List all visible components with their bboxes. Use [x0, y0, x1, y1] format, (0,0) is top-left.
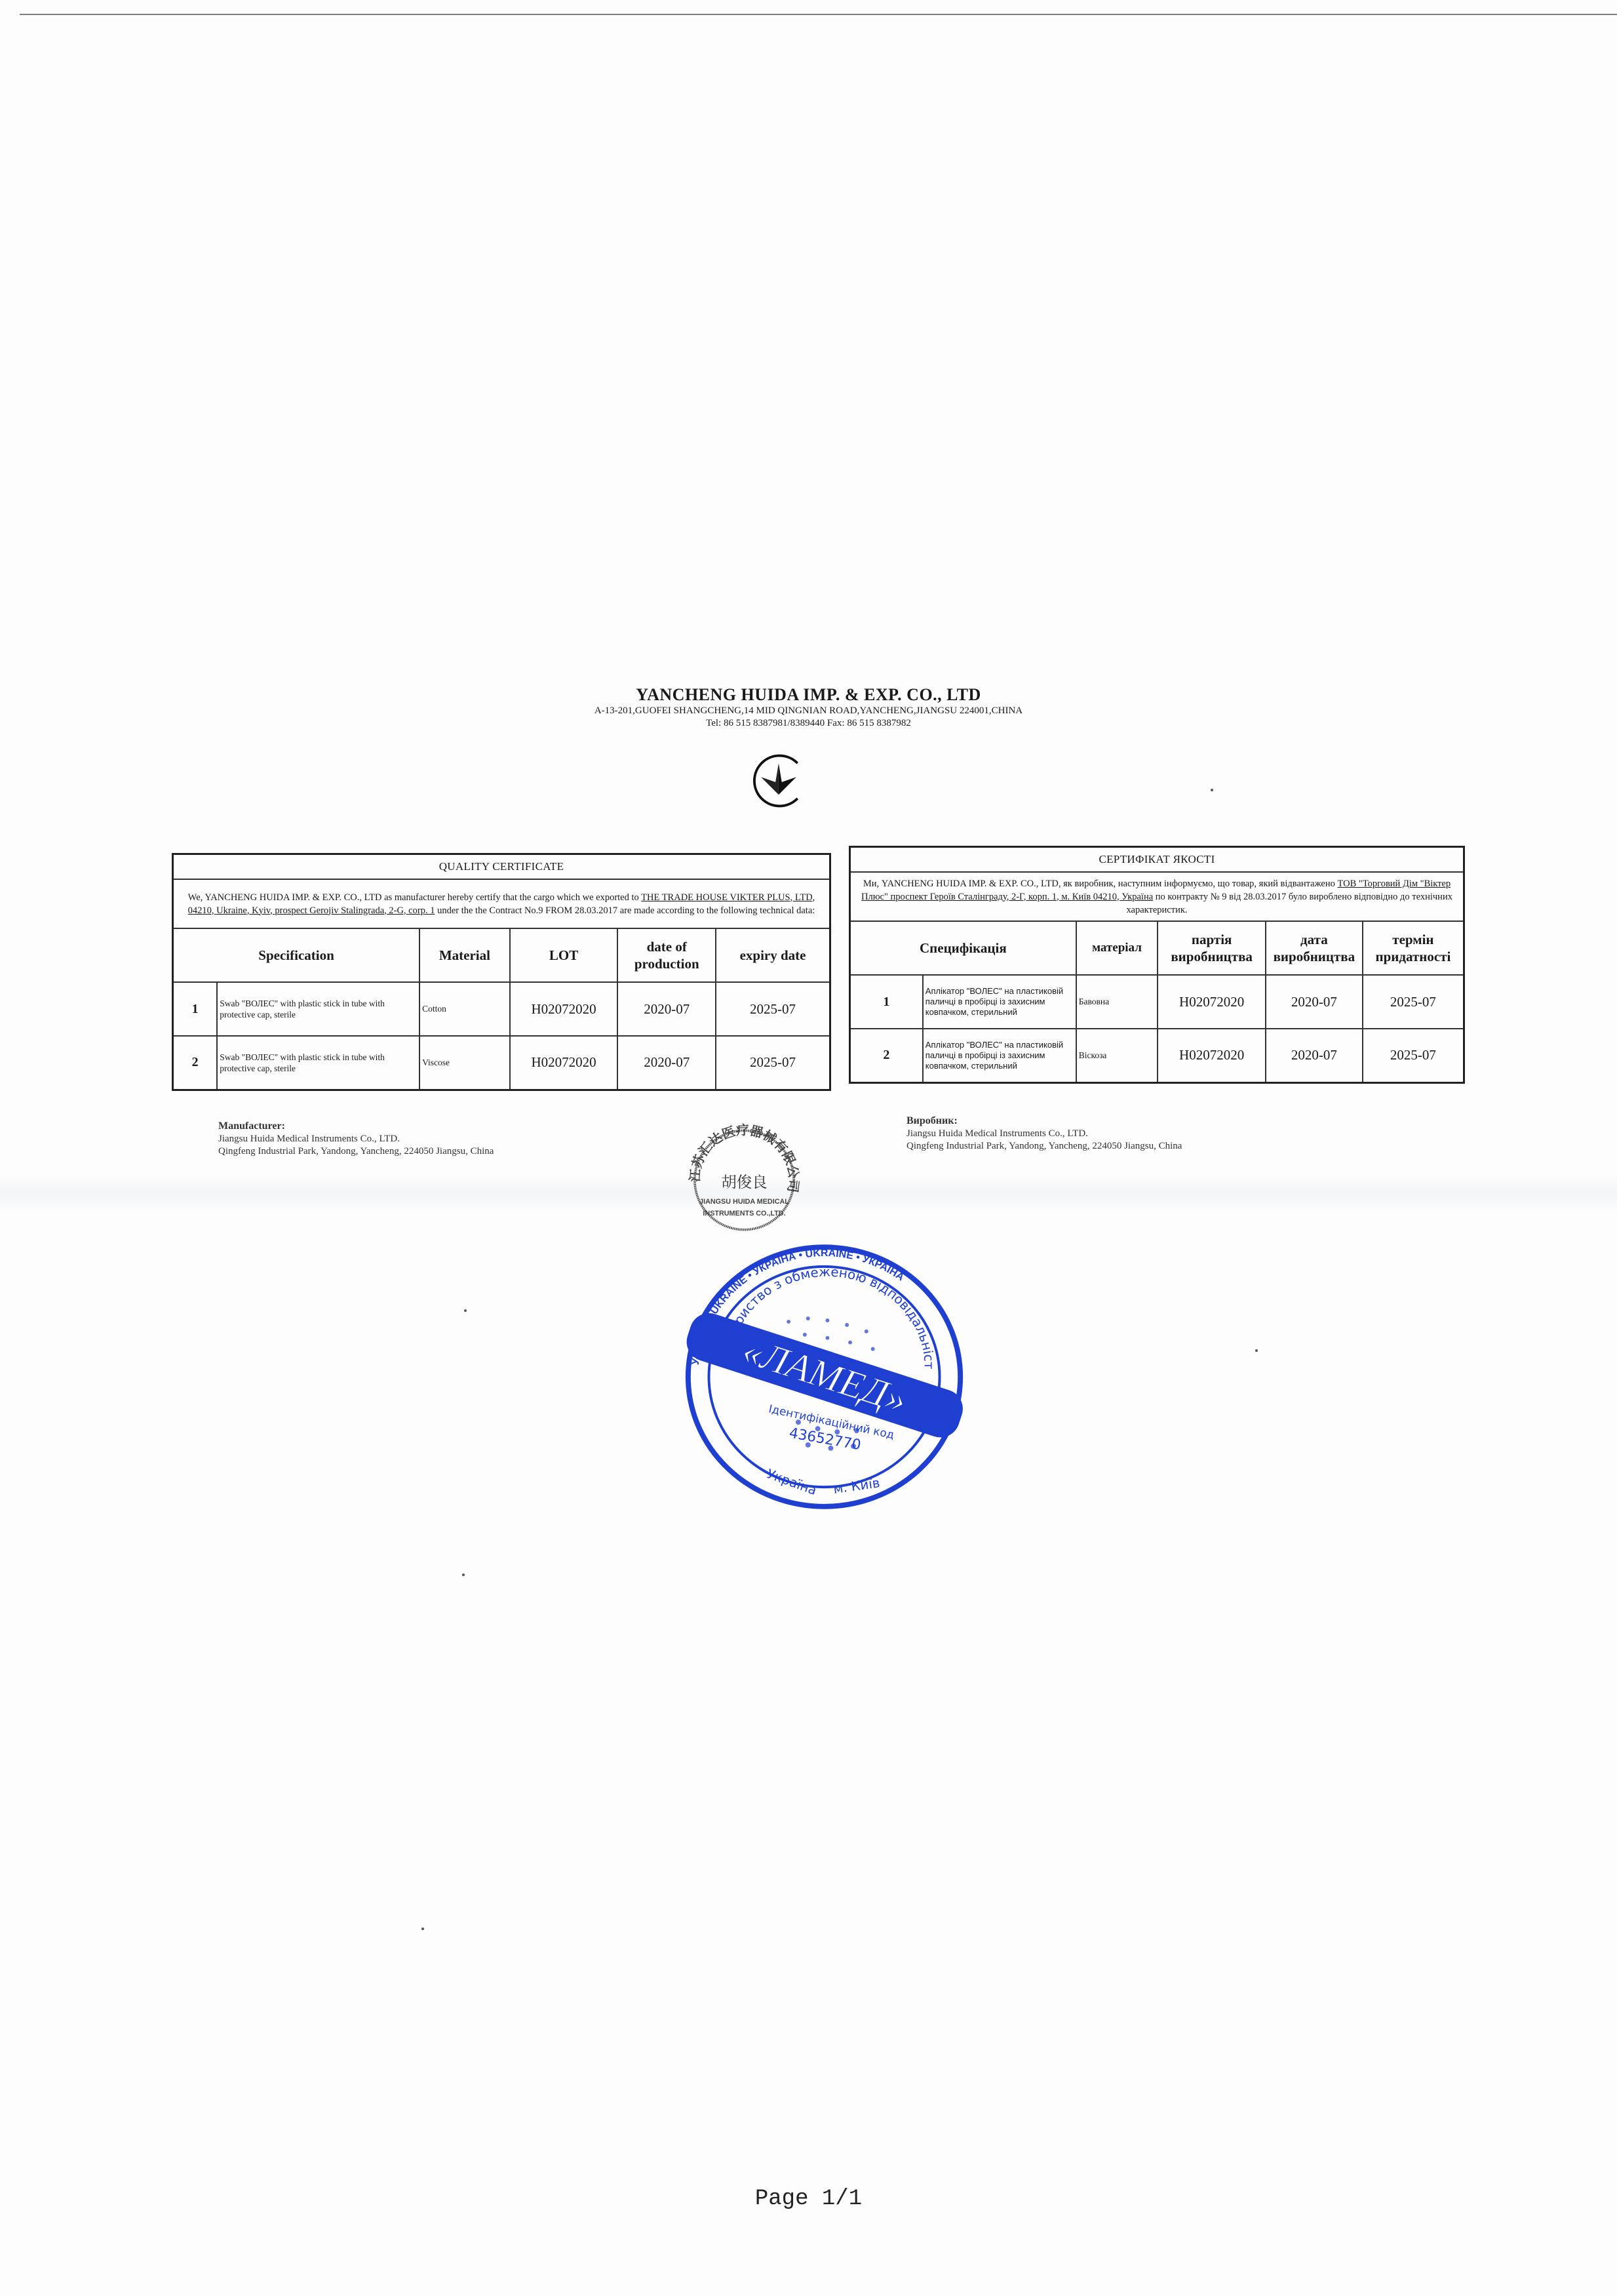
row-number: 1: [850, 975, 923, 1029]
material-cell: Віскоза: [1076, 1029, 1158, 1082]
certificate-intro: We, YANCHENG HUIDA IMP. & EXP. CO., LTD …: [173, 879, 830, 928]
col-header-material: матеріал: [1076, 921, 1158, 975]
lot-cell: H02072020: [510, 1036, 618, 1090]
scan-speck: [1211, 789, 1213, 791]
spec-cell: Аплікатор "ВОЛЕС" на пластиковій паличці…: [923, 975, 1076, 1029]
scan-speck: [462, 1574, 465, 1576]
manufacturer-label: Manufacturer:: [218, 1120, 285, 1132]
lamed-company-stamp: УКРАЇНА • UKRAINE • УКРАЇНА • UKRAINE • …: [678, 1236, 970, 1518]
quality-certificate-en: QUALITY CERTIFICATE We, YANCHENG HUIDA I…: [172, 853, 831, 1091]
expiry-cell: 2025-07: [716, 1036, 830, 1090]
page-number: Page 1/1: [0, 2187, 1617, 2211]
lot-cell: H02072020: [1158, 1029, 1266, 1082]
col-header-production-date: date of production: [617, 928, 716, 982]
table-row: 1 Swab "ВОЛЕС" with plastic stick in tub…: [173, 982, 830, 1036]
spec-cell: Аплікатор "ВОЛЕС" на пластиковій паличці…: [923, 1029, 1076, 1082]
quality-certificate-ua: СЕРТИФІКАТ ЯКОСТІ Ми, YANCHENG HUIDA IMP…: [849, 846, 1465, 1084]
svg-text:JIANGSU HUIDA MEDICAL: JIANGSU HUIDA MEDICAL: [699, 1198, 789, 1206]
col-header-lot: партія виробництва: [1158, 921, 1266, 975]
svg-text:INSTRUMENTS CO.,LTD.: INSTRUMENTS CO.,LTD.: [703, 1210, 785, 1217]
table-row: 1 Аплікатор "ВОЛЕС" на пластиковій палич…: [850, 975, 1464, 1029]
spec-cell: Swab "ВОЛЕС" with plastic stick in tube …: [217, 982, 419, 1036]
svg-text:м. Київ: м. Київ: [832, 1475, 881, 1497]
expiry-cell: 2025-07: [1363, 1029, 1464, 1082]
table-row: 2 Аплікатор "ВОЛЕС" на пластиковій палич…: [850, 1029, 1464, 1082]
lot-cell: H02072020: [510, 982, 618, 1036]
manufacturer-address: Qingfeng Industrial Park, Yandong, Yanch…: [906, 1141, 1182, 1151]
production-cell: 2020-07: [1266, 1029, 1363, 1082]
col-header-specification: Specification: [173, 928, 420, 982]
expiry-cell: 2025-07: [1363, 975, 1464, 1029]
manufacturer-label: Виробник:: [906, 1115, 958, 1126]
lot-cell: H02072020: [1158, 975, 1266, 1029]
production-cell: 2020-07: [617, 1036, 716, 1090]
col-header-specification: Специфікація: [850, 921, 1076, 975]
manufacturer-en: Manufacturer: Jiangsu Huida Medical Inst…: [218, 1120, 494, 1158]
material-cell: Cotton: [419, 982, 510, 1036]
material-cell: Бавовна: [1076, 975, 1158, 1029]
certificate-intro: Ми, YANCHENG HUIDA IMP. & EXP. CO., LTD,…: [850, 872, 1464, 921]
col-header-production-date: дата виробництва: [1266, 921, 1363, 975]
material-cell: Viscose: [419, 1036, 510, 1090]
scan-speck: [464, 1309, 467, 1312]
company-seal-stamp: 江苏汇达医疗器械有限公司 胡俊良 JIANGSU HUIDA MEDICAL I…: [671, 1121, 818, 1239]
manufacturer-name: Jiangsu Huida Medical Instruments Co., L…: [218, 1134, 400, 1144]
production-cell: 2020-07: [617, 982, 716, 1036]
ua-conformity-mark-icon: [746, 749, 809, 812]
row-number: 2: [850, 1029, 923, 1082]
svg-text:Україна: Україна: [765, 1466, 819, 1498]
certificate-title: СЕРТИФІКАТ ЯКОСТІ: [850, 847, 1464, 873]
spec-cell: Swab "ВОЛЕС" with plastic stick in tube …: [217, 1036, 419, 1090]
company-contacts: Tel: 86 515 8387981/8389440 Fax: 86 515 …: [0, 717, 1617, 730]
scan-speck: [1255, 1349, 1258, 1352]
certificate-title: QUALITY CERTIFICATE: [173, 854, 830, 880]
svg-text:«ЛАМЕД»: «ЛАМЕД»: [737, 1328, 912, 1422]
table-row: 2 Swab "ВОЛЕС" with plastic stick in tub…: [173, 1036, 830, 1090]
letterhead: YANCHENG HUIDA IMP. & EXP. CO., LTD A-13…: [0, 685, 1617, 730]
col-header-expiry-date: expiry date: [716, 928, 830, 982]
company-name: YANCHENG HUIDA IMP. & EXP. CO., LTD: [0, 685, 1617, 705]
manufacturer-ua: Виробник: Jiangsu Huida Medical Instrume…: [906, 1115, 1182, 1153]
scan-edge-line: [20, 14, 1617, 15]
company-address: A-13-201,GUOFEI SHANGCHENG,14 MID QINGNI…: [0, 705, 1617, 717]
col-header-material: Material: [419, 928, 510, 982]
scan-speck: [421, 1928, 424, 1930]
manufacturer-address: Qingfeng Industrial Park, Yandong, Yanch…: [218, 1146, 494, 1157]
expiry-cell: 2025-07: [716, 982, 830, 1036]
row-number: 1: [173, 982, 218, 1036]
col-header-expiry-date: термін придатності: [1363, 921, 1464, 975]
production-cell: 2020-07: [1266, 975, 1363, 1029]
manufacturer-name: Jiangsu Huida Medical Instruments Co., L…: [906, 1128, 1088, 1139]
col-header-lot: LOT: [510, 928, 618, 982]
svg-text:胡俊良: 胡俊良: [721, 1173, 767, 1191]
row-number: 2: [173, 1036, 218, 1090]
